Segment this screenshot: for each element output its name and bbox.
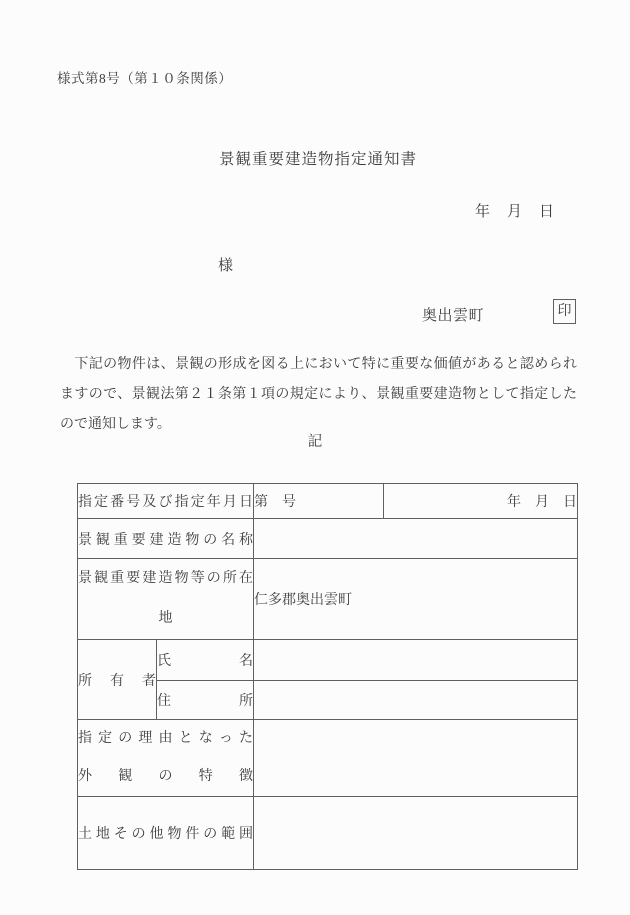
location-label: 景観重要建造物等の所在 地: [78, 559, 254, 640]
row-building-name: 景観重要建造物の名称: [78, 519, 578, 559]
designation-number-value: 第 号: [254, 484, 384, 519]
issue-date-placeholder: 年 月 日: [475, 200, 555, 221]
sender-name: 奥出雲町: [422, 304, 484, 325]
location-label-line1: 景観重要建造物等の所在: [78, 559, 253, 599]
reason-label-line1: 指定の理由となった: [78, 720, 253, 758]
owner-address-label: 住所: [157, 681, 254, 720]
row-location: 景観重要建造物等の所在 地 仁多郡奥出雲町: [78, 559, 578, 640]
building-name-label: 景観重要建造物の名称: [78, 519, 254, 559]
designation-number-label: 指定番号及び指定年月日: [78, 484, 254, 519]
reason-label: 指定の理由となった 外観の特徴: [78, 720, 254, 797]
owner-address-value: [254, 681, 578, 720]
reason-value: [254, 720, 578, 797]
page-title: 景観重要建造物指定通知書: [0, 147, 630, 169]
seal-placeholder: 印: [553, 299, 576, 324]
row-designation-reason: 指定の理由となった 外観の特徴: [78, 720, 578, 797]
location-label-line2: 地: [78, 599, 253, 639]
row-designation-number-date: 指定番号及び指定年月日 第 号 年 月 日: [78, 484, 578, 519]
row-land-scope: 土地その他物件の範囲: [78, 797, 578, 870]
owner-name-value: [254, 640, 578, 681]
reason-label-line2: 外観の特徴: [78, 758, 253, 796]
owner-name-label: 氏名: [157, 640, 254, 681]
location-value: 仁多郡奥出雲町: [254, 559, 578, 640]
scope-label: 土地その他物件の範囲: [78, 797, 254, 870]
body-line: ますので、景観法第２１条第１項の規定により、景観重要建造物として指定した: [60, 380, 577, 410]
section-marker-ki: 記: [0, 427, 630, 457]
addressee-honorific: 様: [218, 254, 233, 275]
document-page: 様式第8号（第１０条関係） 景観重要建造物指定通知書 年 月 日 様 奥出雲町 …: [0, 0, 630, 915]
building-name-value: [254, 519, 578, 559]
body-line: 下記の物件は、景観の形成を図る上において特に重要な価値があると認められ: [60, 350, 577, 380]
owner-label: 所有者: [78, 640, 157, 720]
designation-date-value: 年 月 日: [384, 484, 578, 519]
row-owner-name: 所有者 氏名: [78, 640, 578, 681]
form-number: 様式第8号（第１０条関係）: [57, 67, 232, 87]
scope-value: [254, 797, 578, 870]
designation-form-table: 指定番号及び指定年月日 第 号 年 月 日 景観重要建造物の名称 景観重要建造物…: [77, 483, 578, 870]
